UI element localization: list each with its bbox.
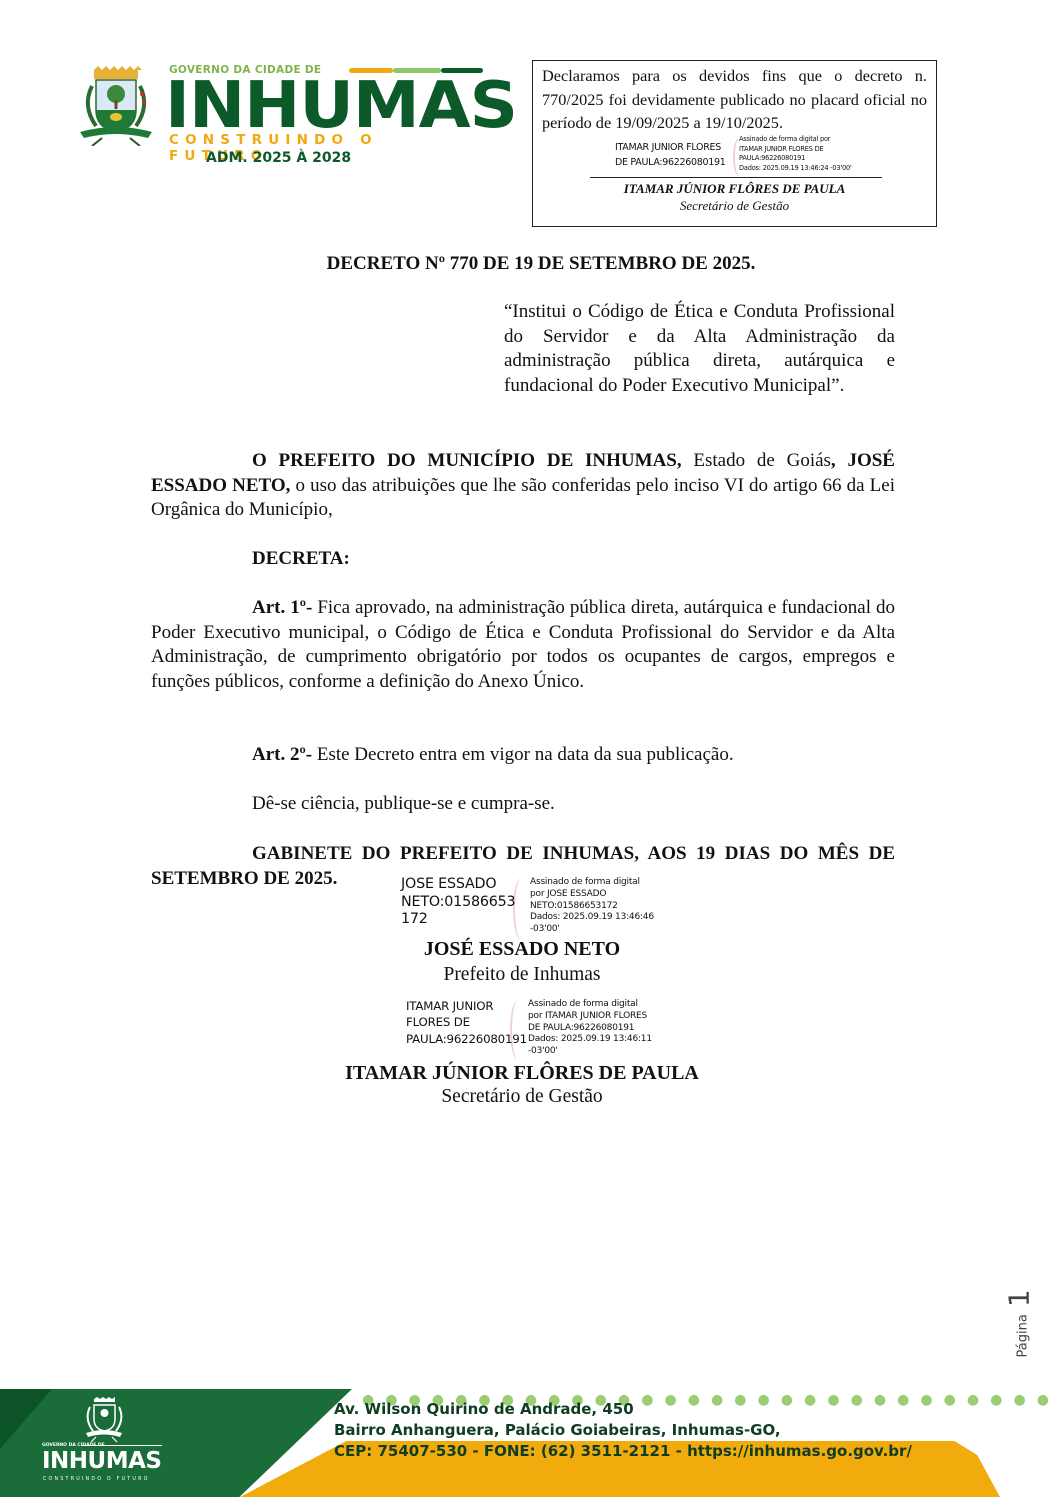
coat-of-arms-icon: [82, 1397, 126, 1443]
secretary-name: ITAMAR JÚNIOR FLÔRES DE PAULA: [0, 1062, 1044, 1085]
footer-address: Av. Wilson Quirino de Andrade, 450 Bairr…: [334, 1399, 912, 1462]
signatory-name: ITAMAR JÚNIOR FLÔRES DE PAULA: [533, 181, 936, 197]
footer-logo-line: [82, 1445, 162, 1446]
closing-formula: Dê-se ciência, publique-se e cumpra-se.: [151, 792, 895, 817]
footer-slogan: CONSTRUINDO O FUTURO: [43, 1477, 150, 1482]
digital-signature-mayor[interactable]: JOSE ESSADO NETO:01586653 172 Assinado d…: [401, 876, 661, 938]
preamble: O PREFEITO DO MUNICÍPIO DE INHUMAS, Esta…: [151, 449, 895, 523]
publication-statement: Declaramos para os devidos fins que o de…: [542, 64, 927, 135]
address-contact[interactable]: CEP: 75407-530 - FONE: (62) 3511-2121 - …: [334, 1441, 912, 1462]
signatory-role: Secretário de Gestão: [533, 198, 936, 214]
mayor-name: JOSÉ ESSADO NETO: [0, 938, 1044, 961]
signature-line: [590, 177, 882, 178]
secretary-role: Secretário de Gestão: [0, 1086, 1044, 1108]
footer: ● ● ● ● ● ● ● ● ● ● ● ● ● ● ● ● ● ● ● ● …: [0, 1389, 1058, 1497]
footer-city-name: INHUMAS: [42, 1448, 162, 1474]
address-district: Bairro Anhanguera, Palácio Goiabeiras, I…: [334, 1420, 912, 1441]
decreta-heading: DECRETA:: [151, 547, 895, 572]
address-street: Av. Wilson Quirino de Andrade, 450: [334, 1399, 912, 1420]
decree-summary: “Institui o Código de Ética e Conduta Pr…: [504, 300, 895, 399]
page-label: Página: [1016, 1314, 1031, 1357]
digital-signature[interactable]: ITAMAR JUNIOR FLORES DE PAULA:9622608019…: [615, 135, 885, 177]
decree-title: DECRETO Nº 770 DE 19 DE SETEMBRO DE 2025…: [0, 253, 1058, 275]
signer-name: ITAMAR JUNIOR FLORES DE PAULA:9622608019…: [615, 140, 725, 170]
article-2: Art. 2º- Este Decreto entra em vigor na …: [151, 743, 895, 768]
page-number: Página 1: [996, 1270, 1036, 1350]
administration-period: ADM. 2025 À 2028: [206, 150, 351, 166]
city-logo: GOVERNO DA CIDADE DE INHUMAS CONSTRUINDO…: [72, 62, 482, 172]
article-1: Art. 1º- Fica aprovado, na administração…: [151, 596, 895, 694]
page-number-value: 1: [1003, 1289, 1036, 1307]
signer-name: JOSE ESSADO NETO:01586653 172: [401, 876, 515, 929]
publication-certificate: Declaramos para os devidos fins que o de…: [532, 60, 937, 227]
mayor-role: Prefeito de Inhumas: [0, 964, 1044, 986]
footer-logo: GOVERNO DA CIDADE DE INHUMAS CONSTRUINDO…: [40, 1397, 170, 1489]
coat-of-arms-icon: [72, 66, 160, 146]
signature-details: Assinado de forma digital por JOSE ESSAD…: [530, 877, 654, 936]
digital-signature-secretary[interactable]: ITAMAR JUNIOR FLORES DE PAULA:9622608019…: [406, 998, 666, 1056]
signature-details: Assinado de forma digital por ITAMAR JUN…: [739, 135, 852, 173]
signature-details: Assinado de forma digital por ITAMAR JUN…: [528, 999, 652, 1058]
signer-name: ITAMAR JUNIOR FLORES DE PAULA:9622608019…: [406, 998, 527, 1047]
